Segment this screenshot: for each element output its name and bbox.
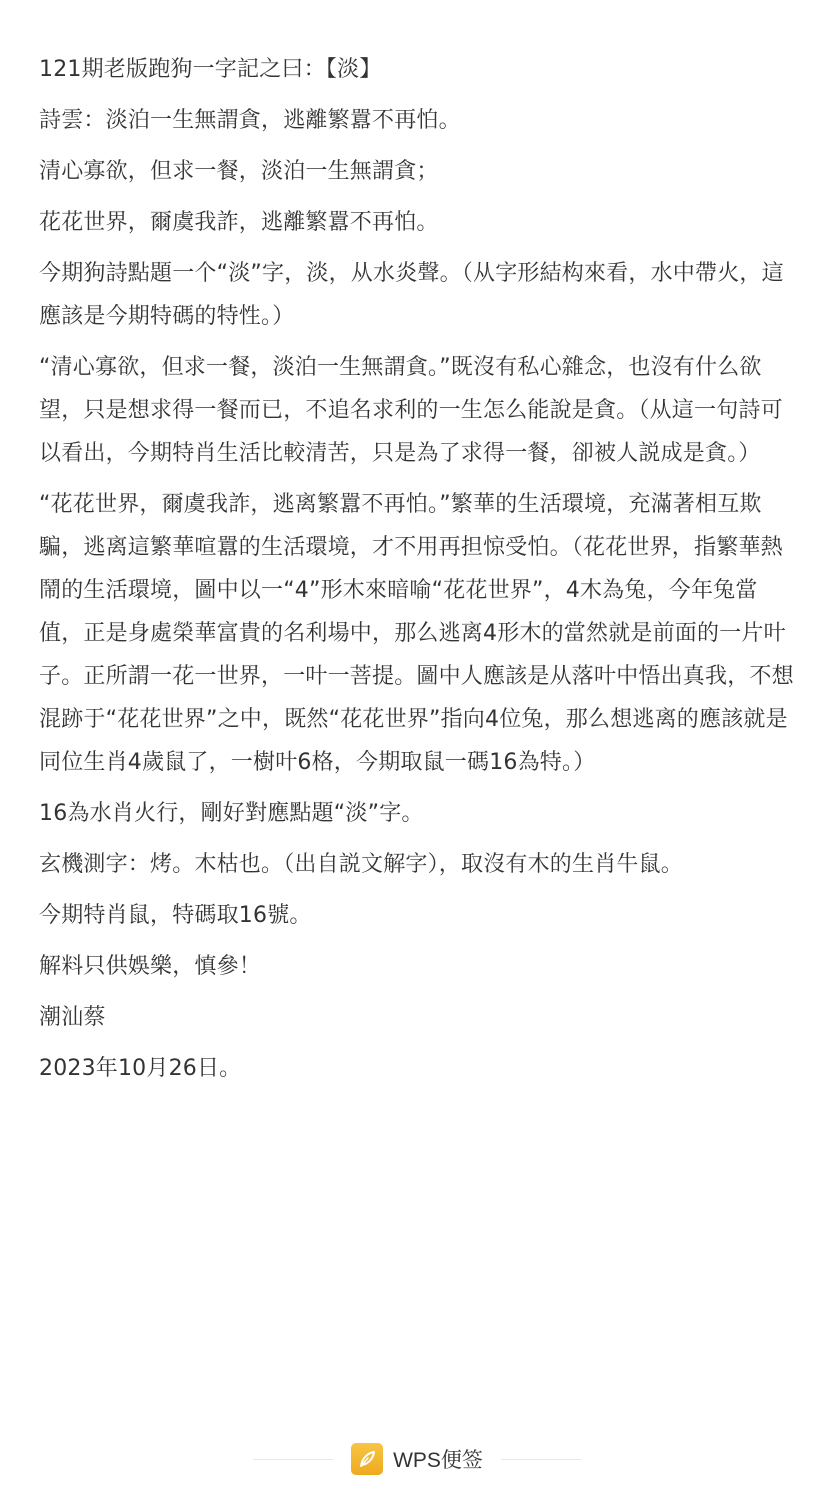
author: 潮汕蔡 (39, 996, 799, 1039)
wps-brand: WPS便签 (351, 1443, 483, 1475)
footer-watermark: WPS便签 (0, 1442, 834, 1476)
paragraph: 玄機測字：烤。木枯也。（出自説文解字），取沒有木的生肖牛鼠。 (39, 843, 799, 886)
paragraph: “清心寡欲，但求一餐，淡泊一生無謂貪。”既沒有私心雜念，也沒有什么欲望，只是想求… (39, 346, 799, 475)
poem-line: 清心寡欲，但求一餐，淡泊一生無謂貪； (39, 150, 799, 193)
paragraph: 今期狗詩點題一个“淡”字，淡，从水炎聲。（从字形結构來看，水中帶火，這應該是今期… (39, 252, 799, 338)
date: 2023年10月26日。 (39, 1047, 799, 1090)
note-title: 121期老版跑狗一字記之曰：【淡】 (39, 48, 799, 91)
poem-line: 詩雲：淡泊一生無謂貪，逃離繁囂不再怕。 (39, 99, 799, 142)
disclaimer: 解料只供娛樂，慎參！ (39, 945, 799, 988)
paragraph: 16為水肖火行，剛好對應點題“淡”字。 (39, 792, 799, 835)
brand-label: WPS便签 (393, 1444, 483, 1474)
poem-line: 花花世界，爾虞我詐，逃離繁囂不再怕。 (39, 201, 799, 244)
paragraph: “花花世界，爾虞我詐，逃离繁囂不再怕。”繁華的生活環境，充滿著相互欺騙，逃离這繁… (39, 483, 799, 784)
wps-note-leaf-icon (351, 1443, 383, 1475)
note-body: 121期老版跑狗一字記之曰：【淡】 詩雲：淡泊一生無謂貪，逃離繁囂不再怕。 清心… (39, 48, 799, 1098)
divider-left (253, 1459, 333, 1460)
divider-right (501, 1459, 581, 1460)
paragraph: 今期特肖鼠，特碼取16號。 (39, 894, 799, 937)
